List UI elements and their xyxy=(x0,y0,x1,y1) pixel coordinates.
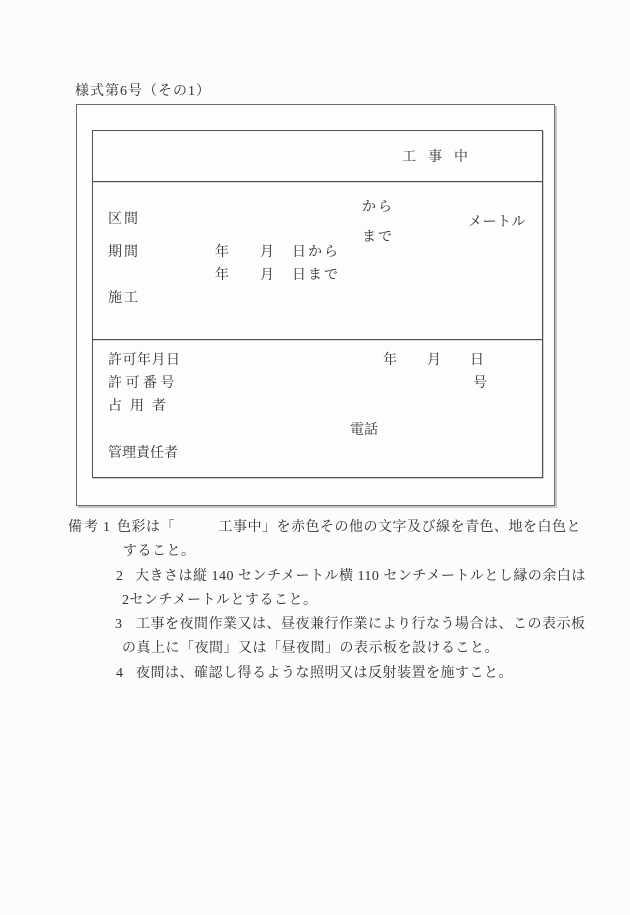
remark-3-line-2: の真上に「夜間」又は「昼夜間」の表示板を設けること。 xyxy=(122,641,499,656)
remark-2-number: 2 xyxy=(116,569,123,584)
remark-4-number: 4 xyxy=(116,666,123,681)
remark-2-line-2: 2センチメートルとすること。 xyxy=(122,593,317,608)
period-label: 期間 xyxy=(108,245,140,260)
remark-1-line-1: 色彩は「 工事中」を赤色その他の文字及び線を青色、地を白色と xyxy=(117,520,581,535)
sign-board-outer-frame: 工事中 から 区間 メートル まで 期間 年 月 日から 年 月 日まで 施工 … xyxy=(76,104,555,506)
permit-day-label: 日 xyxy=(470,353,484,368)
occupant-label: 占用者 xyxy=(108,399,174,414)
permit-number-label: 許可番号 xyxy=(108,376,178,391)
section-label: 区間 xyxy=(108,212,140,227)
period-to-year-label: 年 xyxy=(215,268,229,283)
section-from-suffix: から xyxy=(362,200,394,215)
permit-section-divider xyxy=(93,339,542,340)
remark-1-line-2: すること。 xyxy=(123,544,196,559)
period-from-month-label: 月 xyxy=(260,245,274,260)
remark-4-line-1: 夜間は、確認し得るような照明又は反射装置を施すこと。 xyxy=(136,666,513,681)
permit-year-label: 年 xyxy=(383,353,397,368)
document-page: 様式第6号（その1） 工事中 から 区間 メートル まで 期間 年 月 日から … xyxy=(0,0,630,915)
permit-month-label: 月 xyxy=(427,353,441,368)
remark-3-number: 3 xyxy=(115,617,122,632)
period-from-day-label: 日から xyxy=(292,245,340,260)
form-number-heading: 様式第6号（その1） xyxy=(75,84,211,99)
remark-3-line-1: 工事を夜間作業又は、昼夜兼行作業により行なう場合は、この表示板 xyxy=(136,617,586,632)
header-divider xyxy=(93,181,542,182)
period-to-month-label: 月 xyxy=(260,268,274,283)
remarks-label: 備考 xyxy=(68,520,100,535)
phone-label: 電話 xyxy=(350,423,378,438)
permit-date-label: 許可年月日 xyxy=(108,353,181,368)
section-to-suffix: まで xyxy=(362,230,394,245)
sign-board-inner-frame: 工事中 から 区間 メートル まで 期間 年 月 日から 年 月 日まで 施工 … xyxy=(92,130,543,478)
meter-unit-label: メートル xyxy=(468,215,526,230)
manager-label: 管理責任者 xyxy=(108,446,178,461)
under-construction-title: 工事中 xyxy=(402,150,480,165)
period-from-year-label: 年 xyxy=(215,245,229,260)
remark-1-number: 1 xyxy=(103,520,110,535)
remark-2-line-1: 大きさは縦 140 センチメートル横 110 センチメートルとし縁の余白は xyxy=(135,569,586,584)
permit-number-suffix: 号 xyxy=(473,376,487,391)
period-to-day-label: 日まで xyxy=(292,268,340,283)
contractor-label: 施工 xyxy=(108,291,140,306)
